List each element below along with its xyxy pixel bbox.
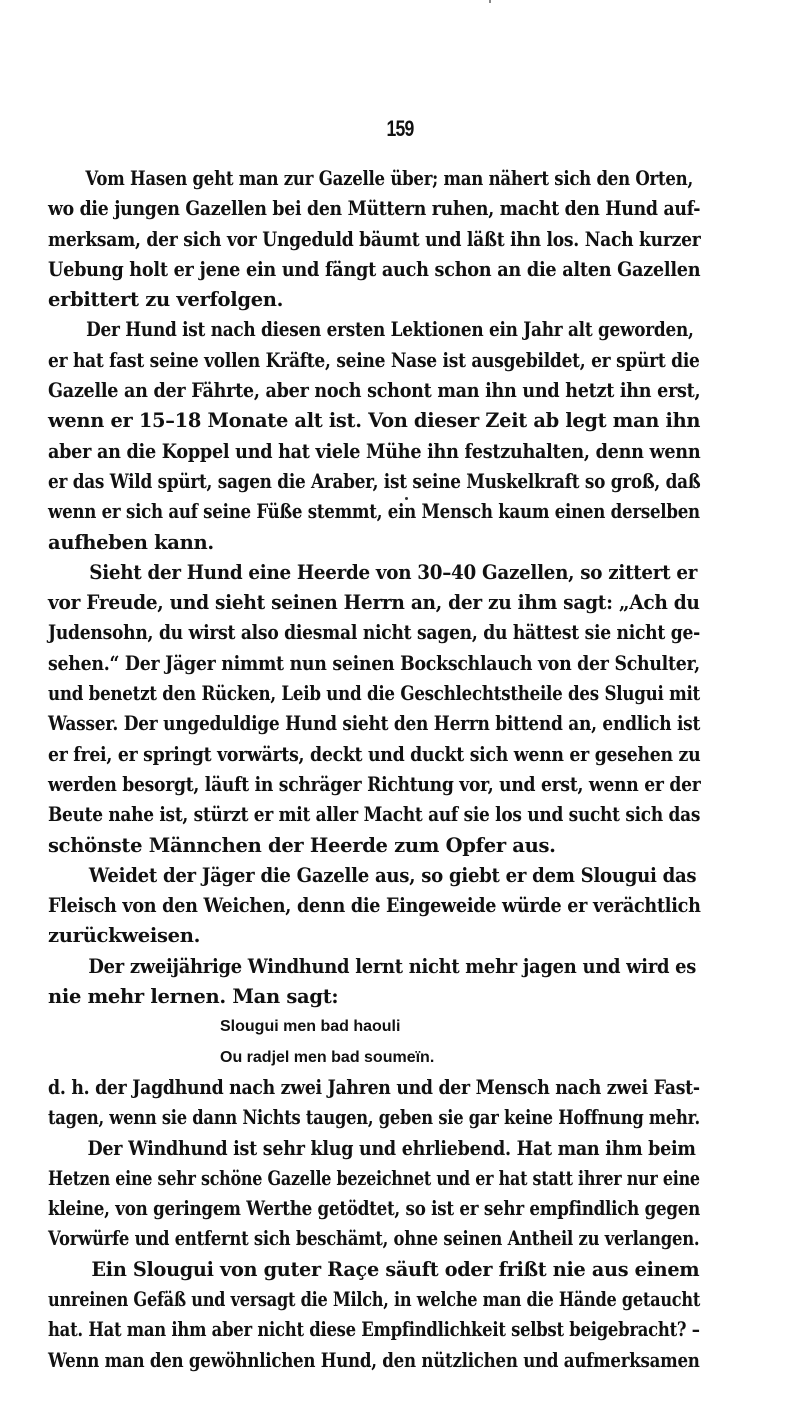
- text-line: sehen.“ Der Jäger nimmt nun seinen Bocks…: [48, 649, 628, 679]
- text-line: Der Windhund ist sehr klug und ehrlieben…: [48, 1134, 633, 1164]
- text-line: unreinen Gefäß und versagt die Milch, in…: [48, 1285, 587, 1315]
- text-line: Vom Hasen geht man zur Gazelle über; man…: [48, 164, 602, 194]
- verse-line: Ou radjel men bad soumeïn.: [48, 1043, 700, 1073]
- book-page: 159 Vom Hasen geht man zur Gazelle über;…: [0, 0, 800, 1418]
- paragraph: Ein Slougui von guter Raçe säuft oder fr…: [48, 1255, 700, 1376]
- text-line: schönste Männchen der Heerde zum Opfer a…: [48, 831, 700, 861]
- text-line: vor Freude, und sieht seinen Herrn an, d…: [48, 588, 669, 618]
- text-line: wenn er sich auf seine Füße stemmt, ein …: [48, 497, 604, 527]
- text-line: und benetzt den Rücken, Leib und die Ges…: [48, 679, 605, 709]
- paragraph: Der Windhund ist sehr klug und ehrlieben…: [48, 1134, 700, 1255]
- text-line: Hetzen eine sehr schöne Gazelle bezeichn…: [48, 1164, 581, 1194]
- text-line: merksam, der sich vor Ungeduld bäumt und…: [48, 225, 621, 255]
- text-line: Uebung holt er jene ein und fängt auch s…: [48, 255, 639, 285]
- text-line: Vorwürfe und entfernt sich beschämt, ohn…: [48, 1224, 598, 1254]
- text-line: Judensohn, du wirst also diesmal nicht s…: [48, 618, 621, 648]
- text-line: Wasser. Der ungeduldige Hund sieht den H…: [48, 709, 617, 739]
- text-line: er hat fast seine vollen Kräfte, seine N…: [48, 346, 618, 376]
- paragraph: Vom Hasen geht man zur Gazelle über; man…: [48, 164, 700, 315]
- verse-line: Slougui men bad haouli: [48, 1012, 700, 1042]
- paragraph: Weidet der Jäger die Gazelle aus, so gie…: [48, 861, 700, 952]
- text-line: Der zweijährige Windhund lernt nicht meh…: [48, 952, 647, 982]
- text-line: hat. Hat man ihm aber nicht diese Empfin…: [48, 1315, 597, 1345]
- text-line: kleine, von geringem Werthe getödtet, so…: [48, 1194, 607, 1224]
- text-line: d. h. der Jagdhund nach zwei Jahren und …: [48, 1073, 626, 1103]
- text-line: er das Wild spürt, sagen die Araber, ist…: [48, 467, 612, 497]
- text-line: Weidet der Jäger die Gazelle aus, so gie…: [48, 861, 653, 891]
- ink-dot: [405, 497, 408, 500]
- paragraph: Sieht der Hund eine Heerde von 30–40 Gaz…: [48, 558, 700, 861]
- text-line: wo die jungen Gazellen bei den Müttern r…: [48, 194, 626, 224]
- text-line: Gazelle an der Fährte, aber noch schont …: [48, 376, 635, 406]
- text-line: erbittert zu verfolgen.: [48, 285, 700, 315]
- body-text: Vom Hasen geht man zur Gazelle über; man…: [48, 164, 700, 1376]
- text-line: zurückweisen.: [48, 921, 700, 951]
- paragraph: d. h. der Jagdhund nach zwei Jahren und …: [48, 1073, 700, 1134]
- text-line: Sieht der Hund eine Heerde von 30–40 Gaz…: [48, 558, 660, 588]
- text-line: tagen, wenn sie dann Nichts taugen, gebe…: [48, 1103, 593, 1133]
- text-line: Der Hund ist nach diesen ersten Lektione…: [48, 315, 613, 345]
- text-line: Fleisch von den Weichen, denn die Eingew…: [48, 891, 636, 921]
- quoted-verse: Slougui men bad haouli Ou radjel men bad…: [48, 1012, 700, 1073]
- text-line: er frei, er springt vorwärts, deckt und …: [48, 740, 626, 770]
- text-line: Wenn man den gewöhnlichen Hund, den nütz…: [48, 1346, 604, 1376]
- text-line: Beute nahe ist, stürzt er mit aller Mach…: [48, 800, 615, 830]
- scan-speck: [489, 0, 491, 3]
- text-line: werden besorgt, läuft in schräger Richtu…: [48, 770, 622, 800]
- paragraph: Der Hund ist nach diesen ersten Lektione…: [48, 315, 700, 557]
- text-line: aber an die Koppel und hat viele Mühe ih…: [48, 437, 637, 467]
- text-line: aufheben kann.: [48, 528, 700, 558]
- text-line: Ein Slougui von guter Raçe säuft oder fr…: [48, 1255, 692, 1285]
- text-line: nie mehr lernen. Man sagt:: [48, 982, 700, 1012]
- paragraph: Der zweijährige Windhund lernt nicht meh…: [48, 952, 700, 1013]
- page-number: 159: [80, 116, 720, 142]
- text-line: wenn er 15–18 Monate alt ist. Von dieser…: [48, 406, 696, 436]
